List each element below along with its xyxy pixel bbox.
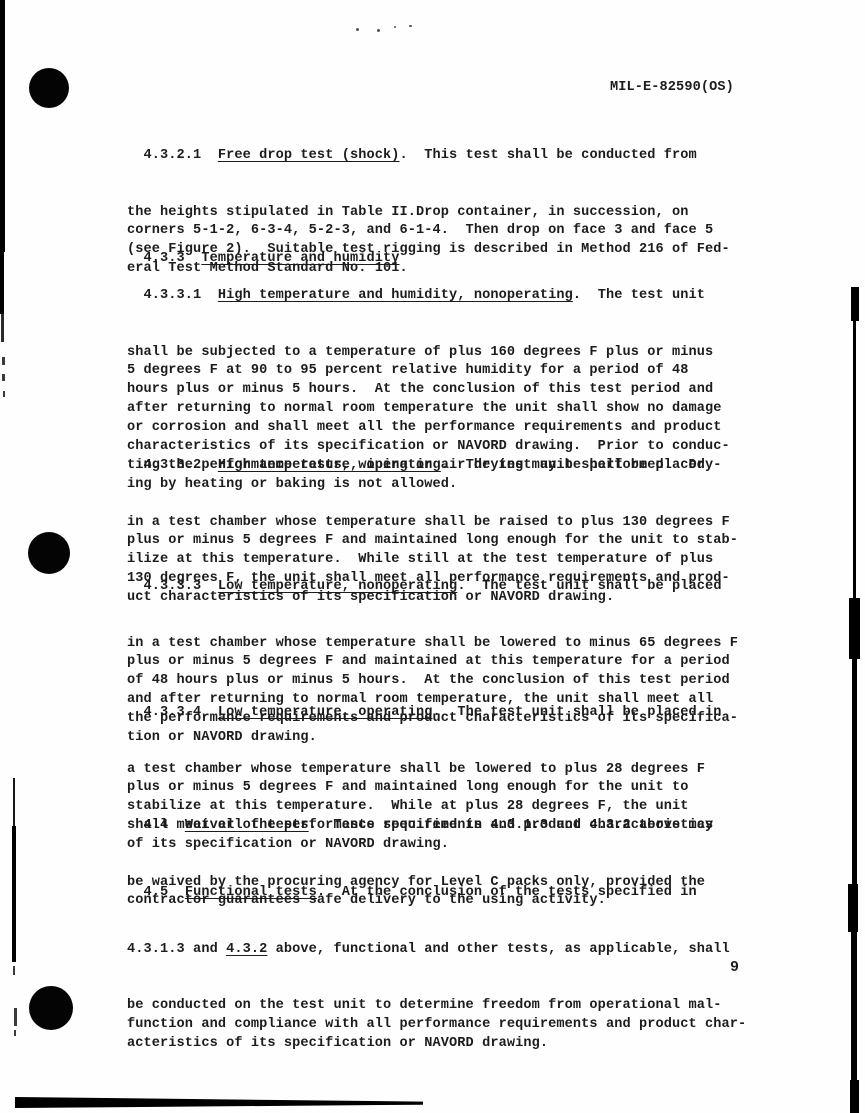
scan-speck [409, 25, 412, 27]
text-line: 5 degrees F at 90 to 95 percent relative… [127, 362, 787, 381]
paragraph-functional-tests: 4.5 Functional tests. At the conclusion … [127, 846, 787, 1092]
cross-reference: 4.3.2 [226, 942, 267, 957]
text-run: . The test unit shall be placed in [433, 705, 722, 720]
hole-punch-middle [28, 532, 70, 574]
section-number: 4.3.3.4 [127, 705, 218, 720]
text-line: 4.3.3.3 Low temperature, nonoperating. T… [127, 578, 787, 597]
section-title: Waiver of tests [185, 818, 309, 833]
text-line: acteristics of its specification or NAVO… [127, 1035, 787, 1054]
text-line: 4.3.3.1 High temperature and humidity, n… [127, 287, 787, 306]
text-line: after returning to normal room temperatu… [127, 400, 787, 419]
page-number: 9 [730, 959, 739, 976]
section-title: Low temperature, operating [218, 705, 433, 720]
binding-mark [849, 598, 860, 659]
crease-line [12, 826, 16, 962]
hole-punch-top [29, 68, 69, 108]
binding-mark [851, 932, 857, 1082]
binding-mark [852, 659, 857, 886]
text-line: in a test chamber whose temperature shal… [127, 635, 787, 654]
text-line: 4.4 Waiver of tests. Tests specified in … [127, 817, 787, 836]
document-page: MIL-E-82590(OS) 4.3.2.1 Free drop test (… [0, 0, 865, 1113]
text-line: be conducted on the test unit to determi… [127, 997, 787, 1016]
section-number: 4.4 [127, 818, 185, 833]
hole-punch-bottom [29, 986, 73, 1030]
text-line: 4.3.3.4 Low temperature, operating. The … [127, 704, 787, 723]
text-line: a test chamber whose temperature shall b… [127, 761, 787, 780]
text-run: . At the conclusion of the tests specifi… [317, 885, 697, 900]
crease-line [13, 778, 15, 828]
text-run: 4.3.1.3 and [127, 942, 226, 957]
scan-speck [2, 357, 5, 365]
text-run: . The test unit shall be placed [457, 579, 721, 594]
text-line: 4.3.2.1 Free drop test (shock). This tes… [127, 147, 787, 166]
section-number: 4.3.3.1 [127, 288, 218, 303]
section-number: 4.3.3.3 [127, 579, 218, 594]
binding-mark [848, 884, 858, 932]
scan-speck [14, 1030, 16, 1036]
scan-speck [2, 374, 5, 381]
section-number: 4.5 [127, 885, 185, 900]
section-title: Free drop test (shock) [218, 148, 400, 163]
binding-mark [851, 287, 859, 321]
scan-edge-mark [0, 252, 4, 314]
text-line: 4.5 Functional tests. At the conclusion … [127, 884, 787, 903]
text-run: . Tests specified in 4.3.1.3 and 4.3.2 a… [309, 818, 714, 833]
text-line: 4.3.3.2 High temperature, operating. The… [127, 457, 787, 476]
scan-speck [394, 26, 396, 28]
text-line: 4.3.1.3 and 4.3.2 above, functional and … [127, 941, 787, 960]
text-line: shall be subjected to a temperature of p… [127, 344, 787, 363]
scan-speck [14, 1008, 17, 1026]
scan-speck [356, 28, 359, 31]
text-line: hours plus or minus 5 hours. At the conc… [127, 381, 787, 400]
text-run: above, functional and other tests, as ap… [267, 942, 729, 957]
paragraph-lines: be conducted on the test unit to determi… [127, 997, 787, 1054]
scan-speck [3, 391, 5, 397]
binding-mark [850, 1080, 859, 1113]
text-line: function and compliance with all perform… [127, 1016, 787, 1035]
scan-bottom-bar [15, 1097, 423, 1108]
section-number: 4.3.2.1 [127, 148, 218, 163]
document-id: MIL-E-82590(OS) [610, 80, 734, 95]
section-title: High temperature, operating [218, 458, 441, 473]
binding-mark [853, 321, 856, 600]
scan-edge-mark [1, 314, 4, 342]
text-run: . This test shall be conducted from [400, 148, 697, 163]
section-title: Functional tests [185, 885, 317, 900]
text-run: . The test unit shall be placed [441, 458, 705, 473]
scan-speck [13, 966, 15, 975]
text-line: in a test chamber whose temperature shal… [127, 514, 787, 533]
section-number: 4.3.3.2 [127, 458, 218, 473]
scan-speck [377, 29, 380, 32]
section-title: Low temperature, nonoperating [218, 579, 457, 594]
text-run: . The test unit [573, 288, 705, 303]
scan-edge-mark [0, 0, 5, 252]
section-title: High temperature and humidity, nonoperat… [218, 288, 573, 303]
